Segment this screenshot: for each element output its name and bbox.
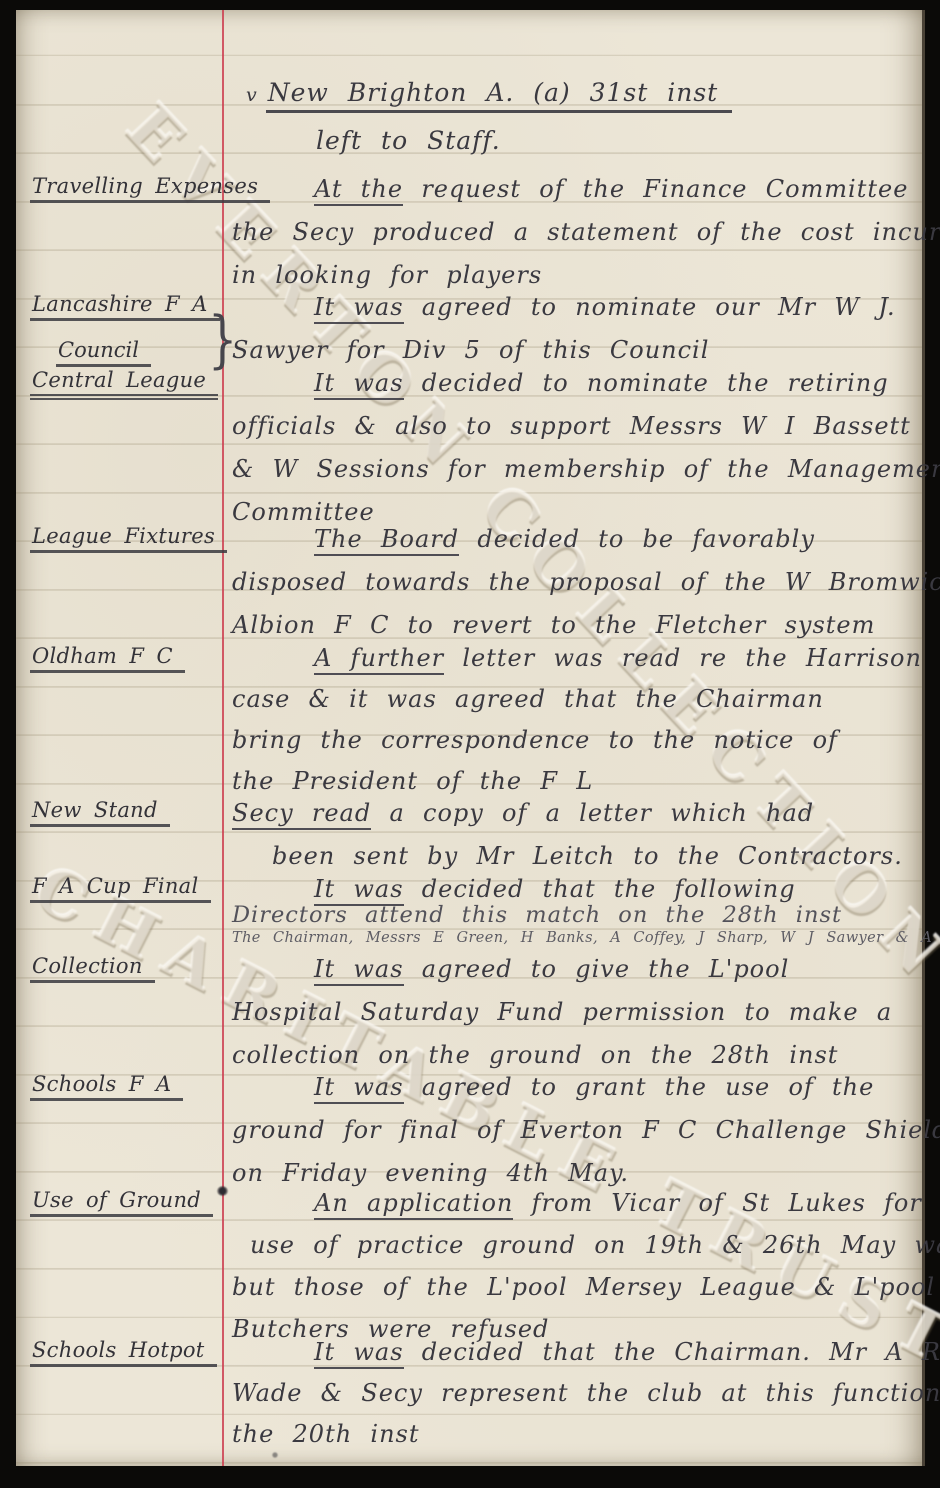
entry-heading2-text: Council	[56, 338, 151, 367]
entry-body: It was agreed to nominate our Mr W J. Sa…	[232, 286, 932, 372]
entry-heading: Use of Ground	[30, 1188, 213, 1217]
entry-heading-text: League Fixtures	[30, 524, 227, 553]
line-text: decided to be favorably	[459, 525, 815, 553]
match-note-line2: left to Staff.	[246, 118, 732, 163]
line-text: from Vicar of St Lukes for	[513, 1189, 921, 1217]
entry-line: The Board decided to be favorably	[232, 518, 932, 561]
entry-body: At the request of the Finance Committee …	[232, 168, 932, 297]
entry-heading-text: New Stand	[30, 798, 170, 827]
entry-heading-text: Schools Hotpot	[30, 1338, 217, 1367]
entry-heading: Central League	[30, 368, 218, 400]
entry-heading: Schools F A	[30, 1072, 183, 1101]
ink-blot	[217, 1186, 228, 1196]
entry-heading: Schools Hotpot	[30, 1338, 217, 1367]
line-text: decided to nominate the retiring	[404, 369, 889, 397]
entry-heading: Collection	[30, 954, 155, 983]
entry-line: Directors attend this match on the 28th …	[232, 902, 842, 928]
line-text: a copy of a letter which had	[371, 799, 814, 827]
entry-line: At the request of the Finance Committee	[232, 168, 932, 211]
underlined-phrase: It was	[314, 1338, 404, 1369]
entry-body: It was agreed to grant the use of the gr…	[232, 1066, 932, 1195]
match-note: vNew Brighton A. (a) 31st inst left to S…	[246, 70, 732, 163]
entry-line: case & it was agreed that the Chairman	[232, 679, 932, 720]
entry-line: use of practice ground on 19th & 26th Ma…	[232, 1224, 932, 1266]
entry-line: It was decided to nominate the retiring	[232, 362, 932, 405]
ink-blot	[272, 1452, 278, 1458]
entry-line: bring the correspondence to the notice o…	[232, 720, 932, 761]
entry-heading-text: Schools F A	[30, 1072, 183, 1101]
entry-line: It was decided that the Chairman. Mr A R	[232, 1332, 932, 1373]
line-text: agreed to grant the use of the	[404, 1073, 875, 1101]
underlined-phrase: A further	[314, 644, 444, 675]
entry-body: Secy read a copy of a letter which had b…	[232, 792, 932, 878]
entry-line: Hospital Saturday Fund permission to mak…	[232, 991, 932, 1034]
line-text: agreed to nominate our Mr W J.	[404, 293, 896, 321]
match-note-title: New Brighton A. (a) 31st inst	[266, 78, 733, 113]
entry-body: It was decided to nominate the retiring …	[232, 362, 932, 534]
entry-heading: League Fixtures	[30, 524, 227, 553]
entry-heading-line2: Council	[56, 338, 151, 367]
entry-heading: F A Cup Final	[30, 874, 211, 903]
entry-heading-text: Oldham F C	[30, 644, 185, 673]
entry-line: A further letter was read re the Harriso…	[232, 638, 932, 679]
entry-body: A further letter was read re the Harriso…	[232, 638, 932, 802]
scanned-minute-book-page: EVERTON COLLECTION CHARITABLE TRUST vNew…	[0, 0, 940, 1488]
ledger-paper: EVERTON COLLECTION CHARITABLE TRUST vNew…	[16, 10, 925, 1466]
underlined-phrase: It was	[314, 1073, 404, 1104]
entry-heading: Oldham F C	[30, 644, 185, 673]
entry-heading-text: Central League	[30, 368, 218, 400]
tick-mark: v	[246, 84, 266, 106]
entry-heading-text: Collection	[30, 954, 155, 983]
entry-line: the Secy produced a statement of the cos…	[232, 211, 932, 254]
entry-line: & W Sessions for membership of the Manag…	[232, 448, 932, 491]
entry-line: the 20th inst	[232, 1414, 932, 1455]
entry-line: Wade & Secy represent the club at this f…	[232, 1373, 932, 1414]
entry-line: Secy read a copy of a letter which had	[232, 792, 932, 835]
entry-heading-text: Use of Ground	[30, 1188, 213, 1217]
underlined-phrase: It was	[314, 955, 404, 986]
line-text: request of the Finance Committee	[403, 175, 908, 203]
entry-line: It was agreed to give the L'pool	[232, 948, 932, 991]
line-text: letter was read re the Harrison	[444, 644, 922, 672]
entry-heading: New Stand	[30, 798, 170, 827]
entry-heading-text: Lancashire F A	[30, 292, 220, 321]
entry-line: ground for final of Everton F C Challeng…	[232, 1109, 932, 1152]
entry-line: An application from Vicar of St Lukes fo…	[232, 1182, 932, 1224]
margin-rule-line	[222, 10, 224, 1466]
entry-heading: Lancashire F A	[30, 292, 220, 321]
underlined-phrase: At the	[314, 175, 403, 206]
line-text: decided that the Chairman. Mr A R	[404, 1338, 940, 1366]
match-note-line1: vNew Brighton A. (a) 31st inst	[246, 70, 732, 118]
entry-line: It was agreed to grant the use of the	[232, 1066, 932, 1109]
underlined-phrase: An application	[314, 1189, 513, 1220]
entry-line: disposed towards the proposal of the W B…	[232, 561, 932, 604]
entry-interlined-note: The Chairman, Messrs E Green, H Banks, A…	[232, 930, 940, 946]
underlined-phrase: It was	[314, 369, 404, 400]
entry-heading-text: F A Cup Final	[30, 874, 211, 903]
entry-line: It was agreed to nominate our Mr W J.	[232, 286, 932, 329]
underlined-phrase: It was	[314, 293, 404, 324]
entry-body: It was decided that the Chairman. Mr A R…	[232, 1332, 932, 1455]
entry-body: An application from Vicar of St Lukes fo…	[232, 1182, 932, 1350]
underlined-phrase: Secy read	[232, 799, 371, 830]
entry-body: It was agreed to give the L'pool Hospita…	[232, 948, 932, 1077]
underlined-phrase: The Board	[314, 525, 459, 556]
line-text: decided that the following	[404, 875, 796, 903]
line-text: agreed to give the L'pool	[404, 955, 790, 983]
entry-body: The Board decided to be favorably dispos…	[232, 518, 932, 647]
entry-line: but those of the L'pool Mersey League & …	[232, 1266, 932, 1308]
entry-line: officials & also to support Messrs W I B…	[232, 405, 932, 448]
